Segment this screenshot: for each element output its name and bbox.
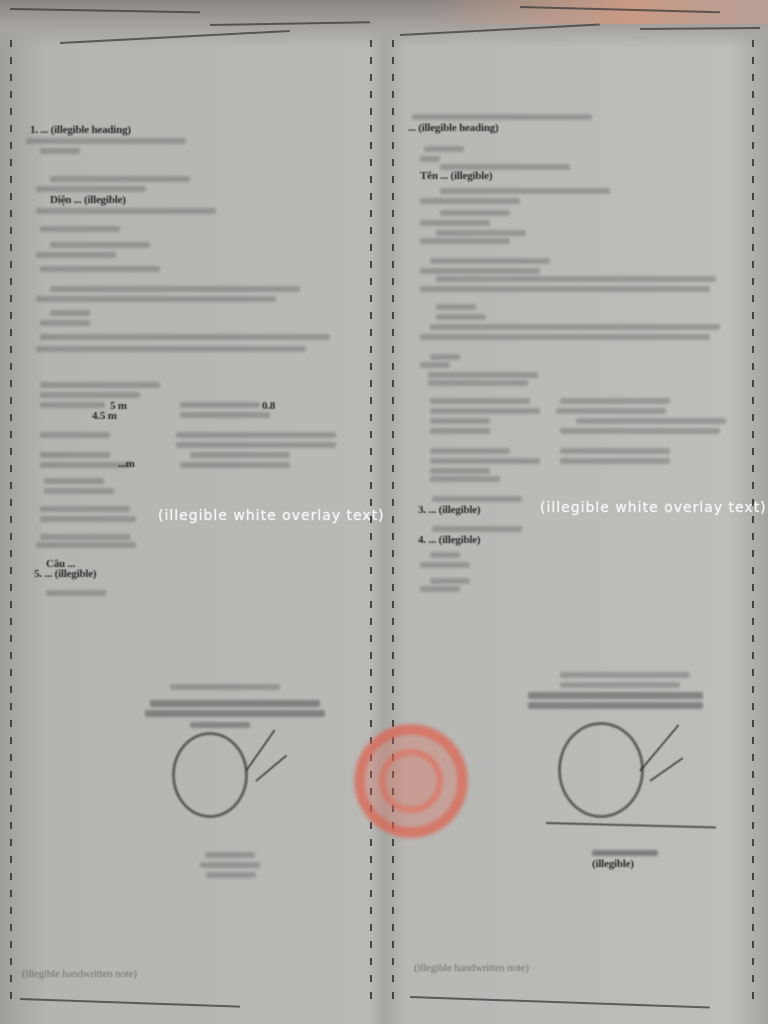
round-seal: [172, 732, 248, 818]
right-line: 4. ... (illegible): [418, 534, 480, 546]
red-seal: [352, 722, 470, 840]
round-seal: [558, 722, 644, 818]
field-value: 0.8: [262, 400, 275, 412]
perforation-line: [10, 40, 12, 1006]
handwritten-note: (illegible handwritten note): [414, 962, 529, 974]
signer-name: (illegible): [592, 858, 634, 870]
perforation-line: [752, 40, 754, 1006]
handwritten-note: (illegible handwritten note): [22, 968, 137, 980]
perforation-line: [392, 40, 394, 1006]
left-line: Diện ... (illegible): [50, 194, 126, 206]
field-value: 4.5 m: [92, 410, 117, 422]
right-line: 3. ... (illegible): [418, 504, 480, 516]
right-page: [392, 40, 756, 1006]
watermark-text: (illegible white overlay text): [540, 502, 767, 515]
right-line: Tên ... (illegible): [420, 170, 492, 182]
right-heading: ... (illegible heading): [408, 122, 498, 134]
watermark-text: (illegible white overlay text): [158, 510, 385, 523]
left-line: 5. ... (illegible): [34, 568, 96, 580]
left-heading: 1. ... (illegible heading): [30, 124, 131, 136]
field-value: ...m: [118, 458, 135, 470]
